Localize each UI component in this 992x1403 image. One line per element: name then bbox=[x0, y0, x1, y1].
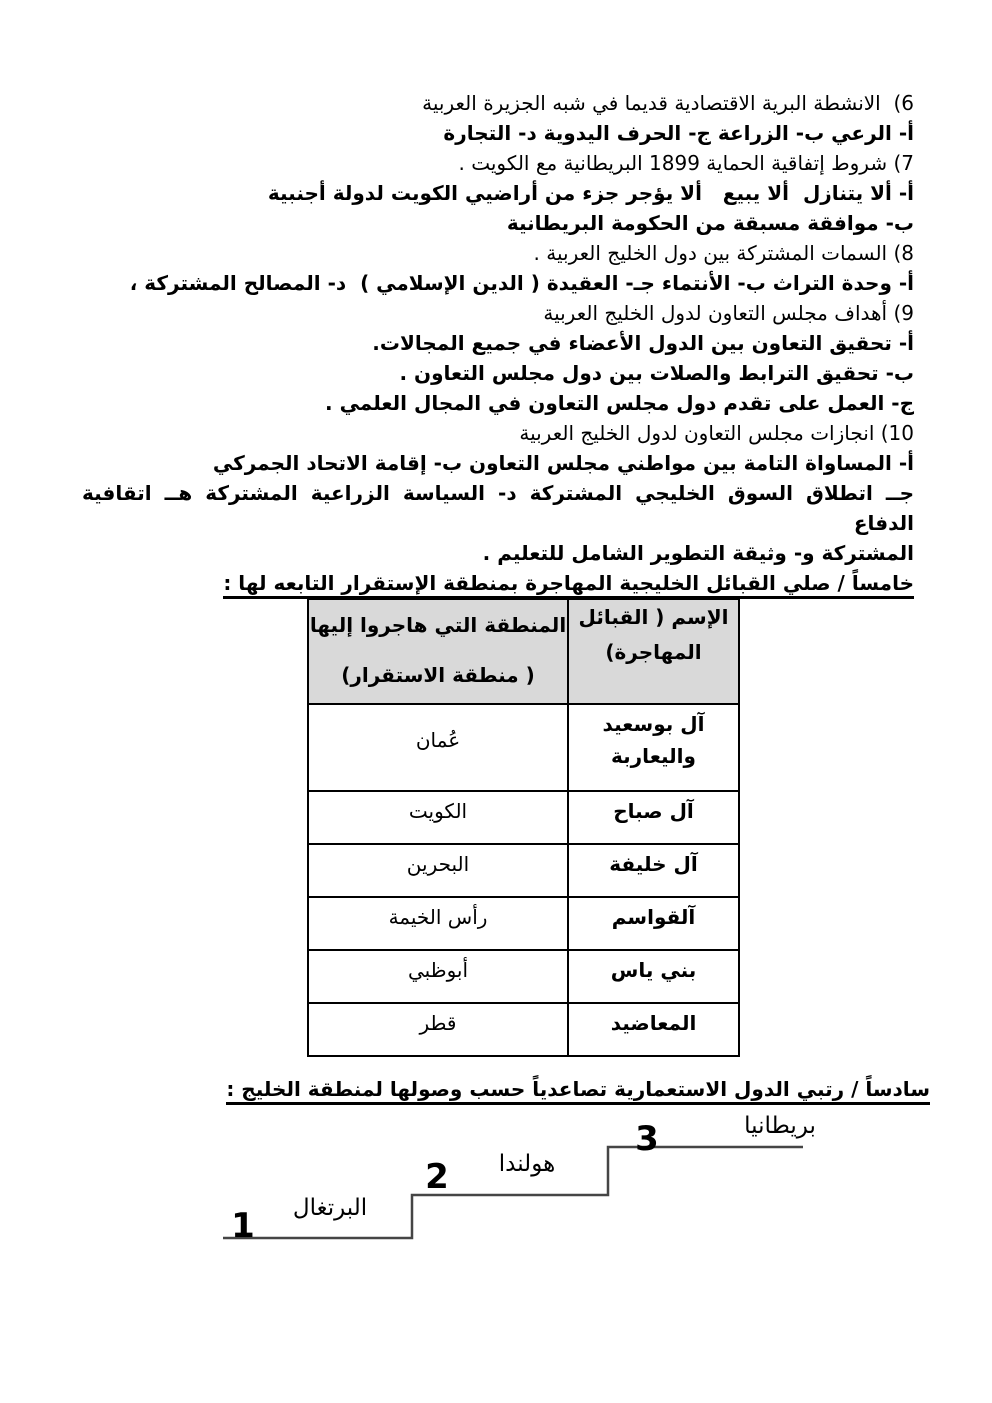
answer-line-q10-cde: جــ اتطلاق السوق الخليجي المشتركة د- الس… bbox=[82, 478, 914, 538]
tribes-regions-table: الإسم ( القبائل المهاجرة) المنطقة التي ه… bbox=[307, 598, 740, 1057]
step-rank-2: 2 bbox=[422, 1160, 452, 1194]
table-row: بني ياس أبوظبي bbox=[308, 950, 739, 1003]
step-country-3: بريطانيا bbox=[726, 1114, 834, 1139]
tribe-cell: آلقواسم bbox=[568, 897, 739, 950]
tribe-cell: المعاضيد bbox=[568, 1003, 739, 1056]
table-row: آل بوسعيد واليعاربة عُمان bbox=[308, 704, 739, 791]
answer-line-q8: 8) السمات المشتركة بين دول الخليج العربي… bbox=[82, 238, 914, 268]
answer-line-q7: 7) شروط إتفاقية الحماية 1899 البريطانية … bbox=[82, 148, 914, 178]
section6-heading-line: سادساً / رتبي الدول الاستعمارية تصاعدياً… bbox=[226, 1075, 930, 1104]
region-cell: البحرين bbox=[308, 844, 568, 897]
region-cell: عُمان bbox=[308, 704, 568, 791]
tribe-cell: آل خليفة bbox=[568, 844, 739, 897]
answer-line-q10-f: المشتركة و- وثيقة التطوير الشامل للتعليم… bbox=[82, 538, 914, 568]
section5-heading-line: خامساً / صلي القبائل الخليجية المهاجرة ب… bbox=[82, 568, 914, 598]
step-rank-3: 3 bbox=[632, 1122, 662, 1156]
answer-line-q9: 9) أهداف مجلس التعاون لدول الخليج العربي… bbox=[82, 298, 914, 328]
region-cell: أبوظبي bbox=[308, 950, 568, 1003]
table-row: آلقواسم رأس الخيمة bbox=[308, 897, 739, 950]
answers-block: 6) الانشطة البرية الاقتصادية قديما في شب… bbox=[82, 88, 914, 598]
region-cell: الكويت bbox=[308, 791, 568, 844]
region-cell: قطر bbox=[308, 1003, 568, 1056]
answer-line-q9-b: ب- تحقيق الترابط والصلات بين دول مجلس ال… bbox=[82, 358, 914, 388]
section5-heading: خامساً / صلي القبائل الخليجية المهاجرة ب… bbox=[223, 571, 914, 599]
answer-line-q9-c: ج- العمل على تقدم دول مجلس التعاون في ال… bbox=[82, 388, 914, 418]
step-rank-1: 1 bbox=[228, 1209, 258, 1243]
section6-heading: سادساً / رتبي الدول الاستعمارية تصاعدياً… bbox=[226, 1077, 930, 1105]
answer-line-q10-ab: أ- المساواة التامة بين مواطني مجلس التعا… bbox=[82, 448, 914, 478]
document-page: 6) الانشطة البرية الاقتصادية قديما في شب… bbox=[0, 0, 992, 1403]
answer-line-q10: 10) انجازات مجلس التعاون لدول الخليج الع… bbox=[82, 418, 914, 448]
step-country-1: البرتغال bbox=[278, 1196, 382, 1221]
table-row: آل صباح الكويت bbox=[308, 791, 739, 844]
region-cell: رأس الخيمة bbox=[308, 897, 568, 950]
tribe-cell: بني ياس bbox=[568, 950, 739, 1003]
answer-line-q7-b: ب- موافقة مسبقة من الحكومة البريطانية bbox=[82, 208, 914, 238]
table-header-tribes: الإسم ( القبائل المهاجرة) bbox=[568, 599, 739, 704]
tribe-cell: آل صباح bbox=[568, 791, 739, 844]
table-header-row: الإسم ( القبائل المهاجرة) المنطقة التي ه… bbox=[308, 599, 739, 704]
answer-line-q8-a: أ- وحدة التراث ب- الأنتماء جـ- العقيدة (… bbox=[82, 268, 914, 298]
tribe-cell: آل بوسعيد واليعاربة bbox=[568, 704, 739, 791]
table-row: المعاضيد قطر bbox=[308, 1003, 739, 1056]
answer-line-q9-a: أ- تحقيق التعاون بين الدول الأعضاء في جم… bbox=[82, 328, 914, 358]
answer-line-q6-a: أ- الرعي ب- الزراعة ج- الحرف اليدوية د- … bbox=[82, 118, 914, 148]
table-header-region: المنطقة التي هاجروا إليها ( منطقة الاستق… bbox=[308, 599, 568, 704]
table-row: آل خليفة البحرين bbox=[308, 844, 739, 897]
step-country-2: هولندا bbox=[485, 1152, 569, 1177]
answer-line-q6: 6) الانشطة البرية الاقتصادية قديما في شب… bbox=[82, 88, 914, 118]
answer-line-q7-a: أ- ألا يتنازل ألا يبيع ألا يؤجر جزء من أ… bbox=[82, 178, 914, 208]
